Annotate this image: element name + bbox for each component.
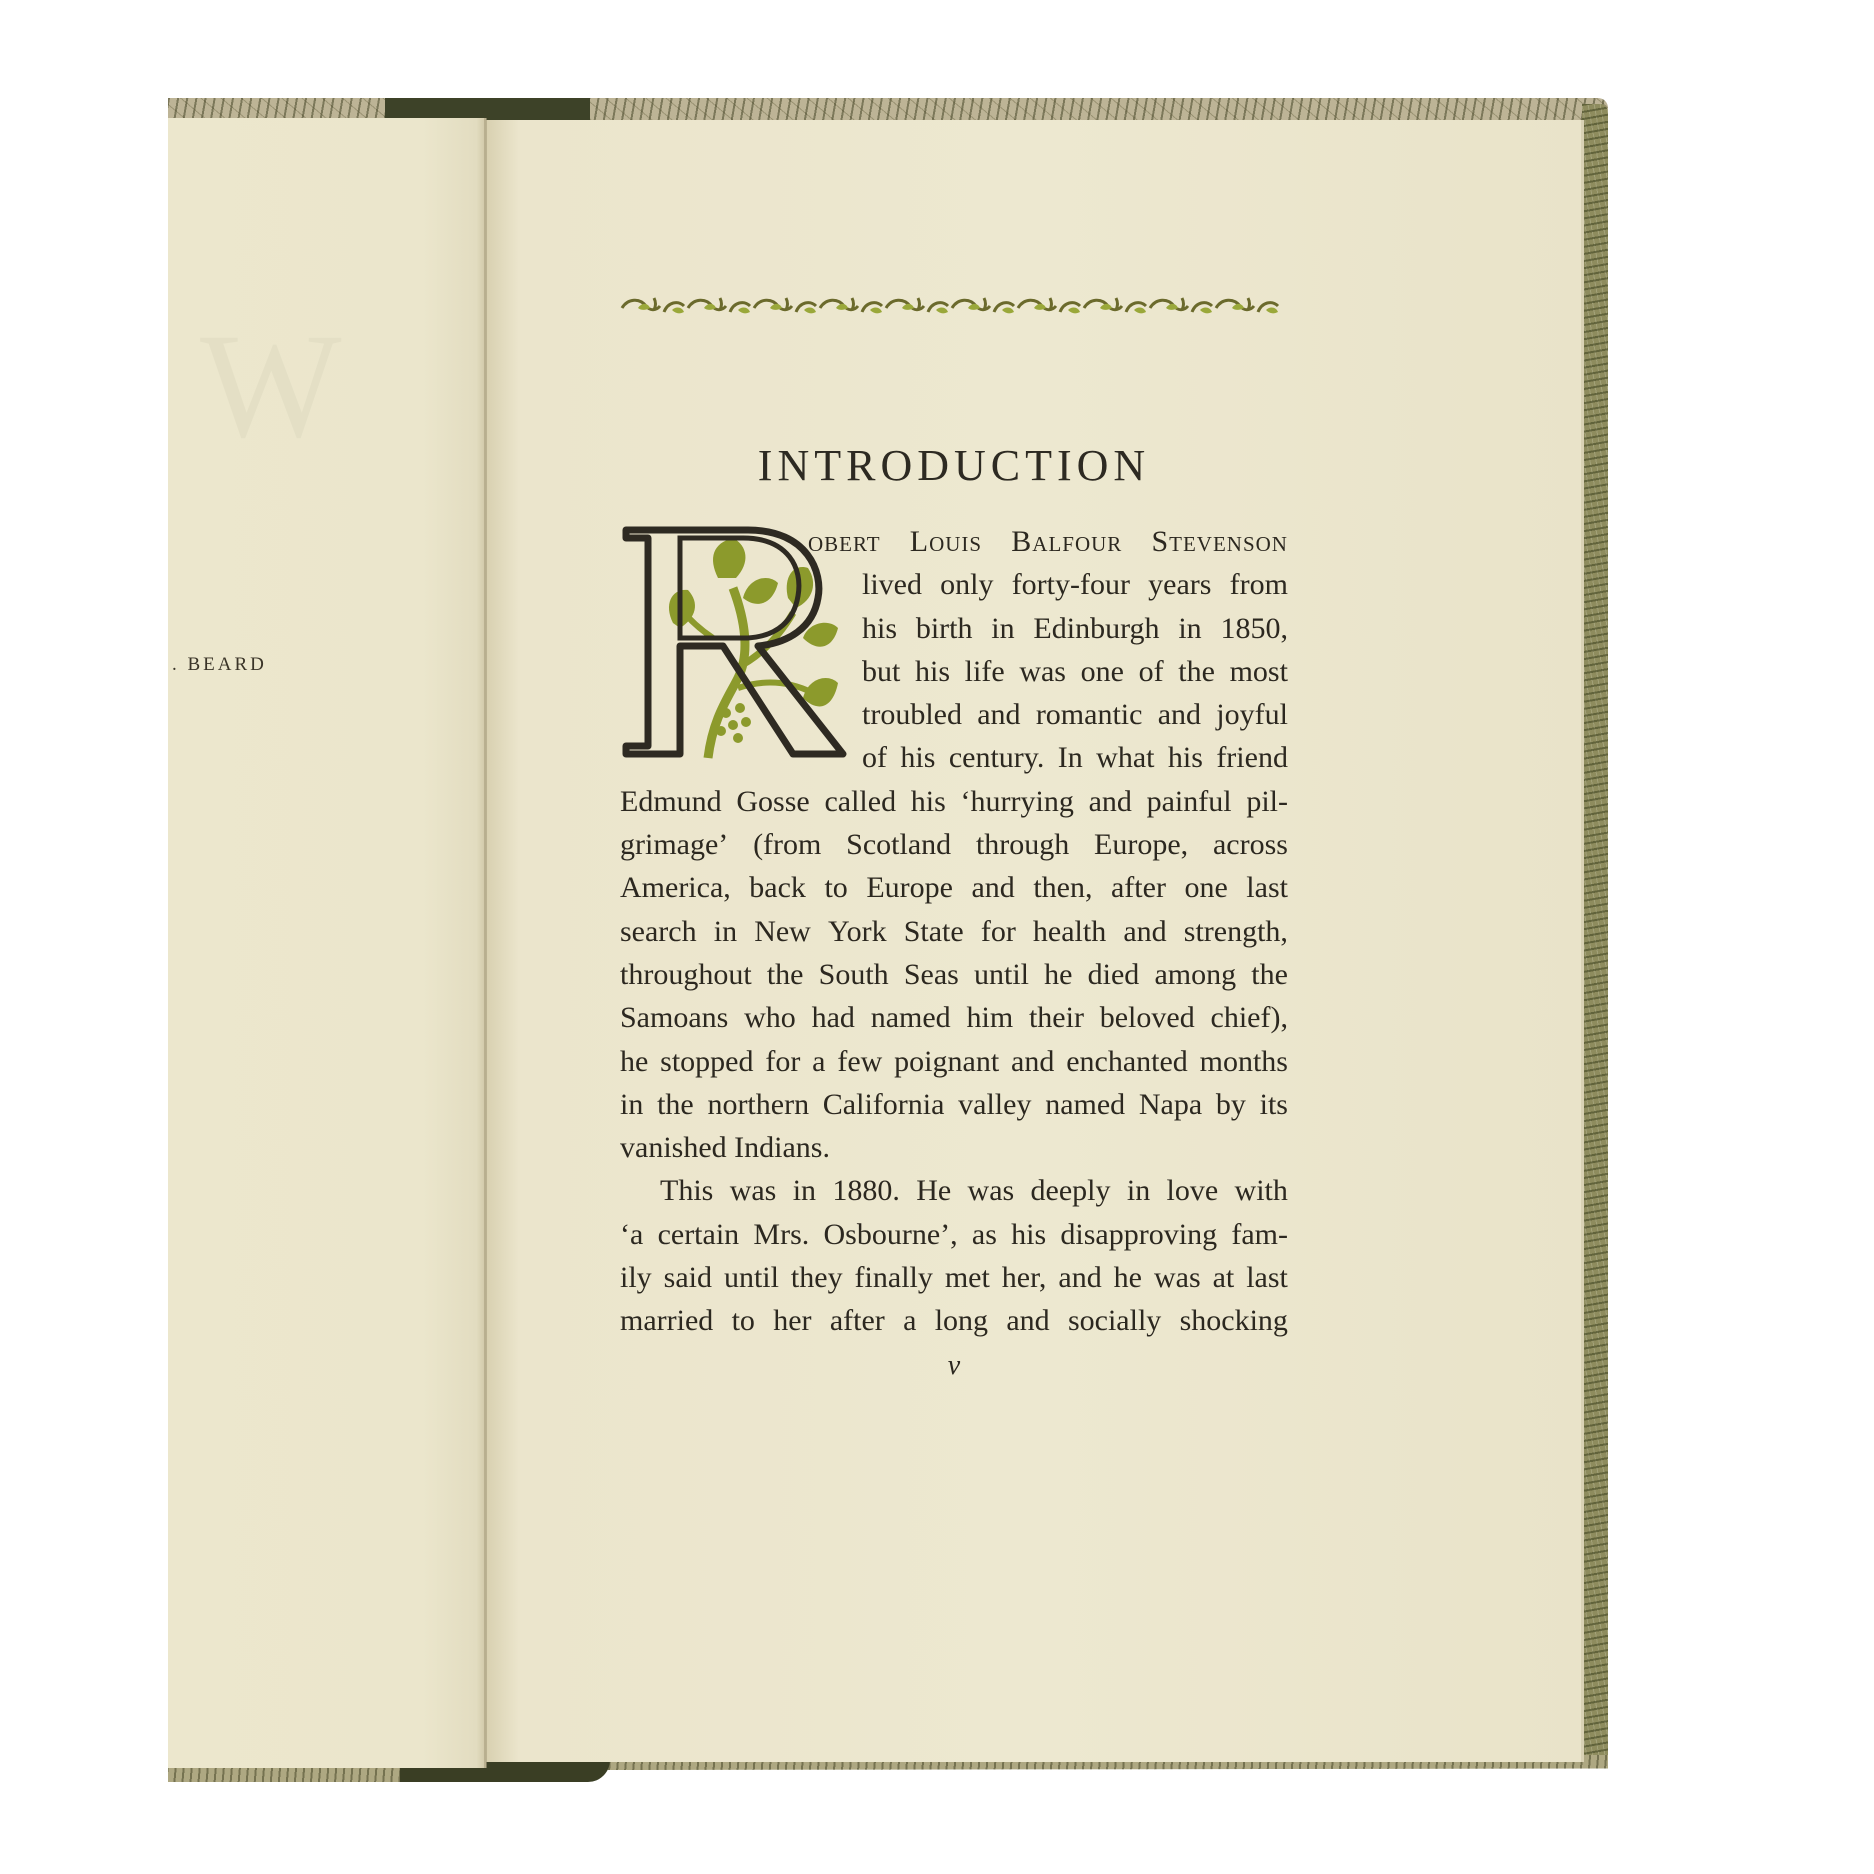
text-line: marriedtoherafteralongandsociallyshockin…	[620, 1299, 1288, 1342]
text-line: ilysaiduntiltheyfinallymether,andhewasat…	[620, 1256, 1288, 1299]
text-line: throughouttheSouthSeasuntilhediedamongth…	[620, 953, 1288, 996]
book-spine-top	[385, 98, 590, 120]
text-line: hestoppedforafewpoignantandenchantedmont…	[620, 1040, 1288, 1083]
body-text: obertLouisBalfourStevenson livedonlyfort…	[620, 520, 1288, 1343]
text-line: Thiswasin1880.Hewasdeeplyinlovewith	[620, 1169, 1288, 1212]
text-line: buthislifewasoneofthemost	[862, 650, 1288, 693]
text-line: searchinNewYorkStateforhealthandstrength…	[620, 910, 1288, 953]
left-page-caption: . BEARD	[172, 654, 267, 676]
text-line: livedonlyforty-fouryearsfrom	[862, 563, 1288, 606]
text-line: troubledandromanticandjoyful	[862, 693, 1288, 736]
vine-ornament-icon	[620, 294, 1280, 322]
text-line: EdmundGossecalledhis‘hurryingandpainfulp…	[620, 780, 1288, 823]
text-line: ‘acertainMrs.Osbourne’,ashisdisapproving…	[620, 1213, 1288, 1256]
chapter-heading: INTRODUCTION	[620, 440, 1288, 491]
text-line: America,backtoEuropeandthen,afteronelast	[620, 866, 1288, 909]
text-line: grimage’(fromScotlandthroughEurope,acros…	[620, 823, 1288, 866]
text-line: ofhiscentury.Inwhathisfriend	[862, 736, 1288, 779]
left-page-showthrough: W	[200, 300, 350, 472]
text-line: obertLouisBalfourStevenson	[808, 520, 1288, 563]
text-line: hisbirthinEdinburghin1850,	[862, 607, 1288, 650]
text-line: Samoanswhohadnamedhimtheirbelovedchief),	[620, 996, 1288, 1039]
text-line: inthenorthernCaliforniavalleynamedNapaby…	[620, 1083, 1288, 1126]
page-number: v	[620, 1350, 1288, 1382]
book-cover-right-edge	[1582, 104, 1608, 1766]
text-line: vanished Indians.	[620, 1126, 1288, 1169]
book-gutter	[484, 118, 487, 1768]
